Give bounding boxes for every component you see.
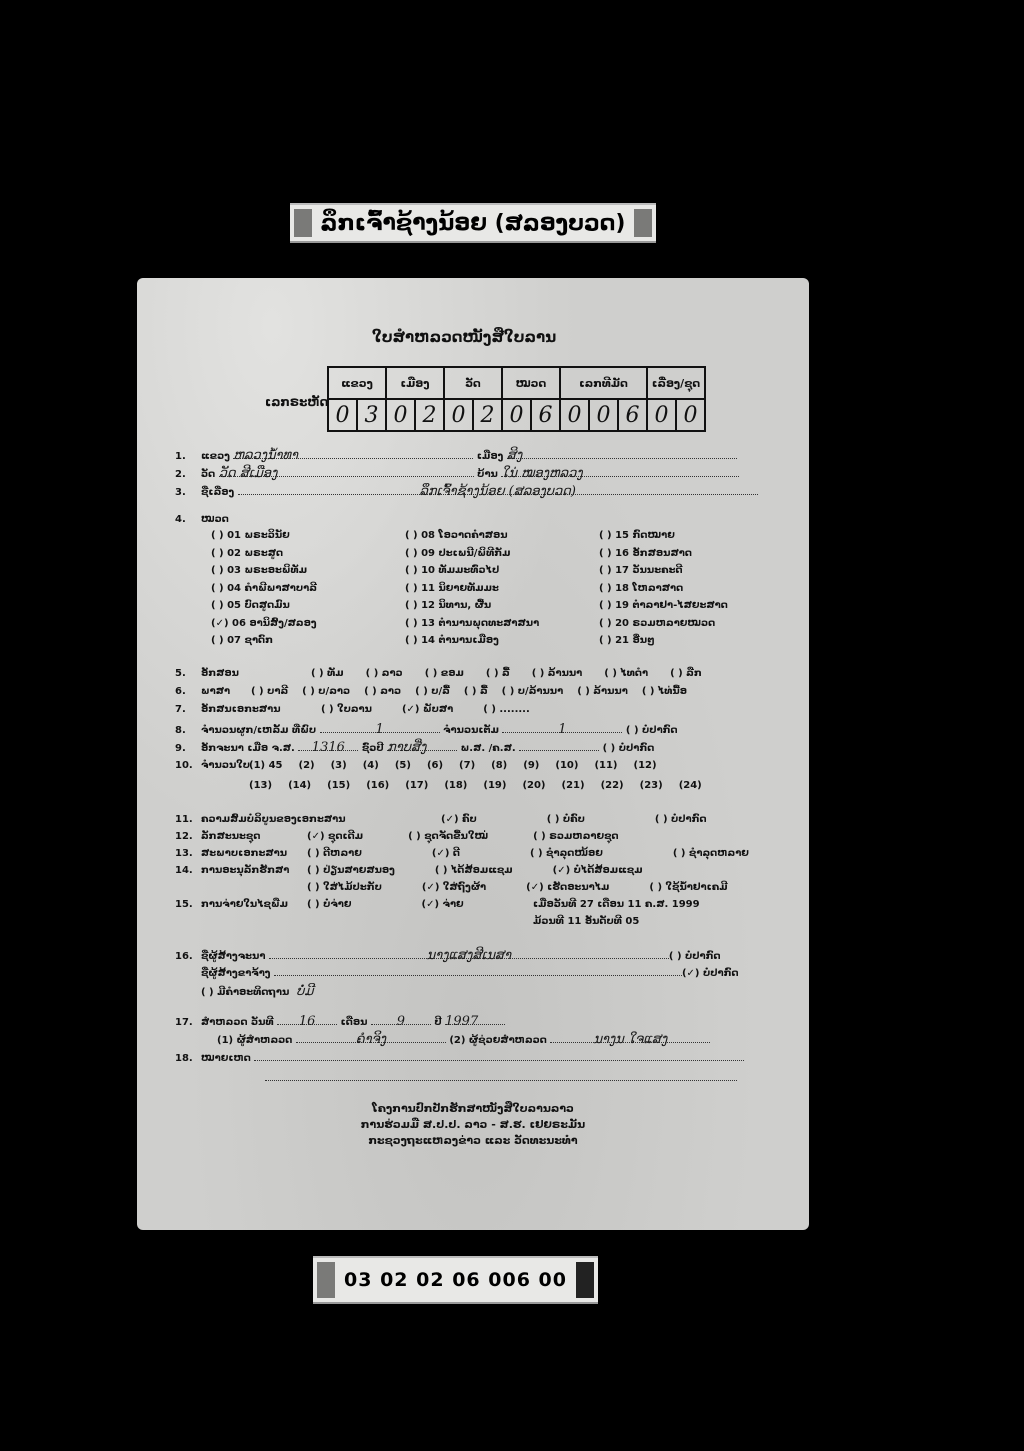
option-checkbox[interactable]: ( ) ຣວມຫລາຍຊຸດ xyxy=(533,831,619,842)
option-checkbox[interactable]: ( ) ຊຸດຈັດຂື້ນໃໝ່ xyxy=(408,831,488,842)
option-checkbox[interactable]: (9) xyxy=(523,760,539,771)
category-option[interactable]: ( ) 09 ປະເພນີ/ພິທີກັມ xyxy=(405,548,599,566)
option-checkbox[interactable]: ( ) ໃສ່ໄມ້ປະກັບ xyxy=(307,882,382,893)
date-unknown-checkbox[interactable]: ( ) ບໍ່ປາກົດ xyxy=(603,743,655,754)
remarks-value[interactable] xyxy=(254,1050,744,1061)
manuscript-code: 03 02 02 06 006 00 xyxy=(344,1269,567,1291)
title-value[interactable]: ລຶກເຈົ້າຊ້າງນ້ອຍ (ສລອງບວດ) xyxy=(238,484,758,495)
option-checkbox[interactable]: ( ) ດີຫລາຍ xyxy=(307,848,362,859)
fascicles-total-value[interactable]: 1 xyxy=(502,722,622,733)
category-option[interactable]: ( ) 03 ພຣະອະພິທັມ xyxy=(211,565,405,583)
option-checkbox[interactable]: (12) xyxy=(634,760,657,771)
category-option[interactable]: ( ) 13 ຕຳນານພຸດທະສາສນາ xyxy=(405,618,599,636)
field-remarks: 18. ໝາຍເຫດ xyxy=(175,1050,744,1064)
cs-year-value[interactable]: 1316 xyxy=(298,740,358,751)
creator-value[interactable]: ນາງແສງສີເນສາ xyxy=(269,948,669,959)
option-checkbox[interactable]: ( ) ບ/ລາວ xyxy=(302,686,350,697)
code-label: ເລກຣະຫັດ xyxy=(265,395,328,409)
code-header: ເລກທີມັດ xyxy=(560,367,647,399)
option-checkbox[interactable]: (✓) ຊຸດເດີມ xyxy=(307,831,363,842)
option-checkbox[interactable]: (✓) ຈ່າຍ xyxy=(422,899,464,910)
option-checkbox[interactable]: ( ) ບໍ່ຈ່າຍ xyxy=(307,899,352,910)
option-checkbox[interactable]: (4) xyxy=(363,760,379,771)
category-option[interactable]: (✓) 06 ອານິສົງ/ສລອງ xyxy=(211,618,405,636)
village-value[interactable]: ໃນ່ ໝອງຫລວງ xyxy=(501,466,739,477)
scribe-value[interactable] xyxy=(274,965,682,976)
option-checkbox[interactable]: (1) 45 xyxy=(249,760,283,771)
option-checkbox[interactable]: (14) xyxy=(288,780,311,791)
category-option[interactable]: ( ) 04 ຄຳພີພາສາບາລີ xyxy=(211,583,405,601)
option-checkbox[interactable]: (21) xyxy=(562,780,585,791)
code-digit[interactable]: 0 xyxy=(647,399,676,431)
code-digit[interactable]: 0 xyxy=(589,399,618,431)
district-value[interactable]: ສິງ xyxy=(507,448,737,459)
option-checkbox[interactable]: ( ) ລ້ານນາ xyxy=(532,668,583,679)
code-digit[interactable]: 2 xyxy=(473,399,502,431)
option-checkbox[interactable]: ( ) ໄທ່ນື້ອ xyxy=(642,686,687,697)
category-option[interactable]: ( ) 11 ນິຍາຍທັມມະ xyxy=(405,583,599,601)
code-header: ໝວດ xyxy=(502,367,560,399)
field-scribe: ຊື່ຜູ້ສ້າງຂາຈ້າງ (✓) ບໍ່ປາກົດ xyxy=(201,965,739,979)
field-temple: 2. ວັດ ວັດ ສີເມືອງ ບ້ານ ໃນ່ ໝອງຫລວງ xyxy=(175,466,739,480)
creator-unknown-checkbox[interactable]: ( ) ບໍ່ປາກົດ xyxy=(669,951,721,962)
field-surveyors: (1) ຜູ້ສຳຫລວດ ຄຳຈິງ (2) ຜູ້ຊ່ວຍສຳຫລວດ ນາ… xyxy=(217,1032,710,1046)
category-option[interactable]: ( ) 02 ພຣະສູດ xyxy=(211,548,405,566)
code-digit[interactable]: 2 xyxy=(415,399,444,431)
option-checkbox[interactable]: (10) xyxy=(555,760,578,771)
option-checkbox[interactable]: (✓) ດີ xyxy=(432,848,460,859)
temple-value[interactable]: ວັດ ສີເມືອງ xyxy=(219,466,474,477)
be-ad-value[interactable] xyxy=(519,740,599,751)
category-option[interactable]: ( ) 18 ໂຫລາສາດ xyxy=(599,583,739,601)
option-checkbox[interactable]: (20) xyxy=(522,780,545,791)
field-set-type: 12. ລັກສະນະຊຸດ (✓) ຊຸດເດີມ( ) ຊຸດຈັດຂື້ນ… xyxy=(175,831,664,842)
field-conservation-row2: ( ) ໃສ່ໄມ້ປະກັບ(✓) ໃສ່ຖົງຜ້າ(✓) ເຮັດອະນາ… xyxy=(307,882,768,893)
microfilm-date: ເມື່ອວັນທີ 27 ເດືອນ 11 ຄ.ສ. 1999 xyxy=(533,899,700,910)
year-name-value[interactable]: ກາບສີ່ງ xyxy=(387,740,457,751)
option-checkbox[interactable]: (15) xyxy=(327,780,350,791)
tape-end xyxy=(317,1262,335,1298)
category-options: ( ) 01 ພຣະວິນັຍ( ) 08 ໂອວາດຄຳສອນ( ) 15 ກ… xyxy=(211,530,751,653)
option-checkbox[interactable]: ( ) ໃຊ້ນ້ຳຢາເຄມີ xyxy=(649,882,727,893)
code-header: ເລື່ອງ/ຊຸດ xyxy=(647,367,705,399)
survey-day-value[interactable]: 16 xyxy=(277,1014,337,1025)
option-checkbox[interactable]: ( ) ບໍ່ຄົບ xyxy=(547,814,585,825)
option-checkbox[interactable]: (5) xyxy=(395,760,411,771)
tape-end xyxy=(576,1262,594,1298)
bottom-code-label: 03 02 02 06 006 00 xyxy=(313,1256,598,1304)
option-checkbox[interactable]: ( ) ລື້ xyxy=(464,686,488,697)
fascicles-found-value[interactable]: 1 xyxy=(320,722,440,733)
field-title: 3. ຊື່ເລື່ອງ ລຶກເຈົ້າຊ້າງນ້ອຍ (ສລອງບວດ) xyxy=(175,484,758,498)
option-checkbox[interactable]: (8) xyxy=(491,760,507,771)
code-header: ແຂວງ xyxy=(328,367,386,399)
field-province: 1. ແຂວງ ຫລວງນ້ຳທາ ເມືອງ ສິງ xyxy=(175,448,737,462)
form-title: ໃບສຳຫລວດໜັງສືໃບລານ xyxy=(372,328,556,346)
field-material: 7. ອັກສນເອກະສານ ( ) ໃບລານ(✓) ພັບສາ( ) ..… xyxy=(175,704,560,715)
category-option[interactable]: ( ) 16 ອັກສອນສາດ xyxy=(599,548,739,566)
province-value[interactable]: ຫລວງນ້ຳທາ xyxy=(233,448,473,459)
option-checkbox[interactable]: (13) xyxy=(249,780,272,791)
option-checkbox[interactable]: (22) xyxy=(601,780,624,791)
tape-end xyxy=(634,209,652,237)
field-conservation: 14. ການອະນຸລັກຮັກສາ ( ) ປ່ຽນສາຍສນອງ( ) ໄ… xyxy=(175,865,683,876)
option-checkbox[interactable]: (✓) ຄົບ xyxy=(441,814,477,825)
option-checkbox[interactable]: ( ) ບໍ່ປາກົດ xyxy=(655,814,707,825)
option-checkbox[interactable]: (✓) ພັບສາ xyxy=(402,704,453,715)
code-digit[interactable]: 0 xyxy=(676,399,705,431)
code-table: ແຂວງເມືອງວັດໝວດເລກທີມັດເລື່ອງ/ຊຸດ 030202… xyxy=(327,366,706,432)
option-checkbox[interactable]: ( ) ........ xyxy=(483,704,530,715)
scribe-unknown-checkbox[interactable]: (✓) ບໍ່ປາກົດ xyxy=(682,968,739,979)
field-date-written: 9. ອັກຈະນາ ເມື່ອ ຈ.ສ. 1316 ຊົ່ວປີ ກາບສີ່… xyxy=(175,740,654,754)
field-completeness: 11. ຄວາມສົມບໍ່ລິບູນຂອງເອກະສານ (✓) ຄົບ( )… xyxy=(175,814,777,825)
option-checkbox[interactable]: ( ) ຂອມ xyxy=(425,668,464,679)
category-option[interactable]: ( ) 14 ຕຳນານເມືອງ xyxy=(405,635,599,653)
option-checkbox[interactable]: ( ) ຊຳລຸດຫລາຍ xyxy=(673,848,749,859)
field-prayer: ( ) ມີຄຳອະທິດຖານ ບໍ່ມີ xyxy=(201,984,314,999)
option-checkbox[interactable]: (7) xyxy=(459,760,475,771)
code-header: ເມືອງ xyxy=(386,367,444,399)
survey-year-value[interactable]: 1997 xyxy=(445,1014,505,1025)
tape-end xyxy=(294,209,312,237)
category-option[interactable]: ( ) 15 ກົດໝາຍ xyxy=(599,530,739,548)
option-checkbox[interactable]: ( ) ລືກ xyxy=(670,668,702,679)
option-checkbox[interactable]: ( ) ລື້ xyxy=(486,668,510,679)
code-header: ວັດ xyxy=(444,367,502,399)
field-category: 4. ໝວດ xyxy=(175,514,229,525)
category-option[interactable]: ( ) 05 ບົດສູດມົນ xyxy=(211,600,405,618)
option-checkbox[interactable]: ( ) ລ້ານນາ xyxy=(577,686,628,697)
option-checkbox[interactable]: ( ) ບາລີ xyxy=(251,686,288,697)
form-footer: ໂຄງການປົກປັກຮັກສາໜັງສືໃບລານລາວ ການຮ່ວມມື… xyxy=(137,1101,809,1149)
option-checkbox[interactable]: ( ) ຊຳລຸດໜ້ອຍ xyxy=(530,848,603,859)
option-checkbox[interactable]: ( ) ລາວ xyxy=(366,668,403,679)
field-condition: 13. ສະພາບເອກະສານ ( ) ດີຫລາຍ(✓) ດີ( ) ຊຳລ… xyxy=(175,848,819,859)
option-checkbox[interactable]: ( ) ປ່ຽນສາຍສນອງ xyxy=(307,865,395,876)
option-checkbox[interactable]: ( ) ໄທດຳ xyxy=(604,668,648,679)
category-option[interactable]: ( ) 20 ຣວມຫລາຍໝວດ xyxy=(599,618,739,636)
option-checkbox[interactable]: ( ) ບ/ລ້ານນາ xyxy=(502,686,564,697)
option-checkbox[interactable]: (23) xyxy=(640,780,663,791)
code-digit[interactable]: 0 xyxy=(328,399,357,431)
option-checkbox[interactable]: (18) xyxy=(444,780,467,791)
option-checkbox[interactable]: (24) xyxy=(679,780,702,791)
assistant-value[interactable]: ນາງນ ໃຈແສງ xyxy=(550,1032,710,1043)
field-microfilm: 15. ການຈ່າຍໃນໄຊພືມ ( ) ບໍ່ຈ່າຍ(✓) ຈ່າຍ xyxy=(175,899,534,910)
option-checkbox[interactable]: ( ) ທັມ xyxy=(311,668,344,679)
code-digit[interactable]: 0 xyxy=(444,399,473,431)
top-title-label: ລຶກເຈົ້າຊ້າງນ້ອຍ (ສລອງບວດ) xyxy=(290,203,656,243)
fascicles-unknown-checkbox[interactable]: ( ) ບໍ່ປາກົດ xyxy=(626,725,678,736)
remarks-line-2[interactable] xyxy=(265,1080,737,1081)
option-checkbox[interactable]: ( ) ບ/ລື້ xyxy=(415,686,450,697)
option-checkbox[interactable]: (16) xyxy=(366,780,389,791)
field-leaves: 10. ຈຳນວນໃບ (1) 45(2)(3)(4)(5)(6)(7)(8)(… xyxy=(175,760,673,771)
field-fascicles: 8. ຈຳນວນຜູກ/ເຫລັ້ມ ທີ່ພົບ 1 ຈຳນວນເຕັມ 1 … xyxy=(175,722,678,736)
category-option[interactable]: ( ) 12 ນິທານ, ຜື້ນ xyxy=(405,600,599,618)
category-option[interactable]: ( ) 10 ທັມມະທົ່ວໄປ xyxy=(405,565,599,583)
category-option[interactable]: ( ) 07 ຊາດົກ xyxy=(211,635,405,653)
option-checkbox[interactable]: (19) xyxy=(483,780,506,791)
field-survey-date: 17. ສຳຫລວດ ວັນທີ 16 ເດືອນ 9 ປີ 1997 xyxy=(175,1014,505,1028)
category-option[interactable]: ( ) 08 ໂອວາດຄຳສອນ xyxy=(405,530,599,548)
code-digit[interactable]: 0 xyxy=(560,399,589,431)
code-digit[interactable]: 3 xyxy=(357,399,386,431)
field-leaves-row2: (13)(14)(15)(16)(17)(18)(19)(20)(21)(22)… xyxy=(249,780,718,791)
option-checkbox[interactable]: (✓) ບໍ່ໄດ້ສ້ອມແຊມ xyxy=(553,865,643,876)
option-checkbox[interactable]: (3) xyxy=(331,760,347,771)
option-checkbox[interactable]: (✓) ເຮັດອະນາໄມ xyxy=(526,882,609,893)
field-creator: 16. ຊື່ຜູ້ສ້າງຈະນາ ນາງແສງສີເນສາ ( ) ບໍ່ປ… xyxy=(175,948,721,962)
code-digit[interactable]: 6 xyxy=(531,399,560,431)
category-option[interactable]: ( ) 19 ຕຳລາຢາ-ໄສຍະສາດ xyxy=(599,600,739,618)
option-checkbox[interactable]: (17) xyxy=(405,780,428,791)
manuscript-title: ລຶກເຈົ້າຊ້າງນ້ອຍ (ສລອງບວດ) xyxy=(321,211,626,236)
option-checkbox[interactable]: ( ) ລາວ xyxy=(364,686,401,697)
code-digit[interactable]: 0 xyxy=(386,399,415,431)
option-checkbox[interactable]: ( ) ໃບລານ xyxy=(321,704,372,715)
code-digit[interactable]: 6 xyxy=(618,399,647,431)
microfilm-reel: ມ້ວນທີ 11 ອັນດັບທີ 05 xyxy=(533,916,639,927)
category-option[interactable]: ( ) 17 ວັນນະຄະດີ xyxy=(599,565,739,583)
field-language: 6. ພາສາ ( ) ບາລີ( ) ບ/ລາວ( ) ລາວ( ) ບ/ລື… xyxy=(175,686,701,697)
option-checkbox[interactable]: (2) xyxy=(299,760,315,771)
code-digit[interactable]: 0 xyxy=(502,399,531,431)
survey-month-value[interactable]: 9 xyxy=(371,1014,431,1025)
option-checkbox[interactable]: ( ) ໄດ້ສ້ອມແຊມ xyxy=(435,865,513,876)
category-option[interactable]: ( ) 01 ພຣະວິນັຍ xyxy=(211,530,405,548)
option-checkbox[interactable]: (11) xyxy=(594,760,617,771)
option-checkbox[interactable]: (6) xyxy=(427,760,443,771)
category-option[interactable]: ( ) 21 ອື່ນໆ xyxy=(599,635,739,653)
surveyor-value[interactable]: ຄຳຈິງ xyxy=(296,1032,446,1043)
option-checkbox[interactable]: (✓) ໃສ່ຖົງຜ້າ xyxy=(422,882,486,893)
survey-form-sheet: ໃບສຳຫລວດໜັງສືໃບລານ ເລກຣະຫັດ ແຂວງເມືອງວັດ… xyxy=(137,278,809,1230)
field-script: 5. ອັກສອນ ( ) ທັມ( ) ລາວ( ) ຂອມ( ) ລື້( … xyxy=(175,668,724,679)
